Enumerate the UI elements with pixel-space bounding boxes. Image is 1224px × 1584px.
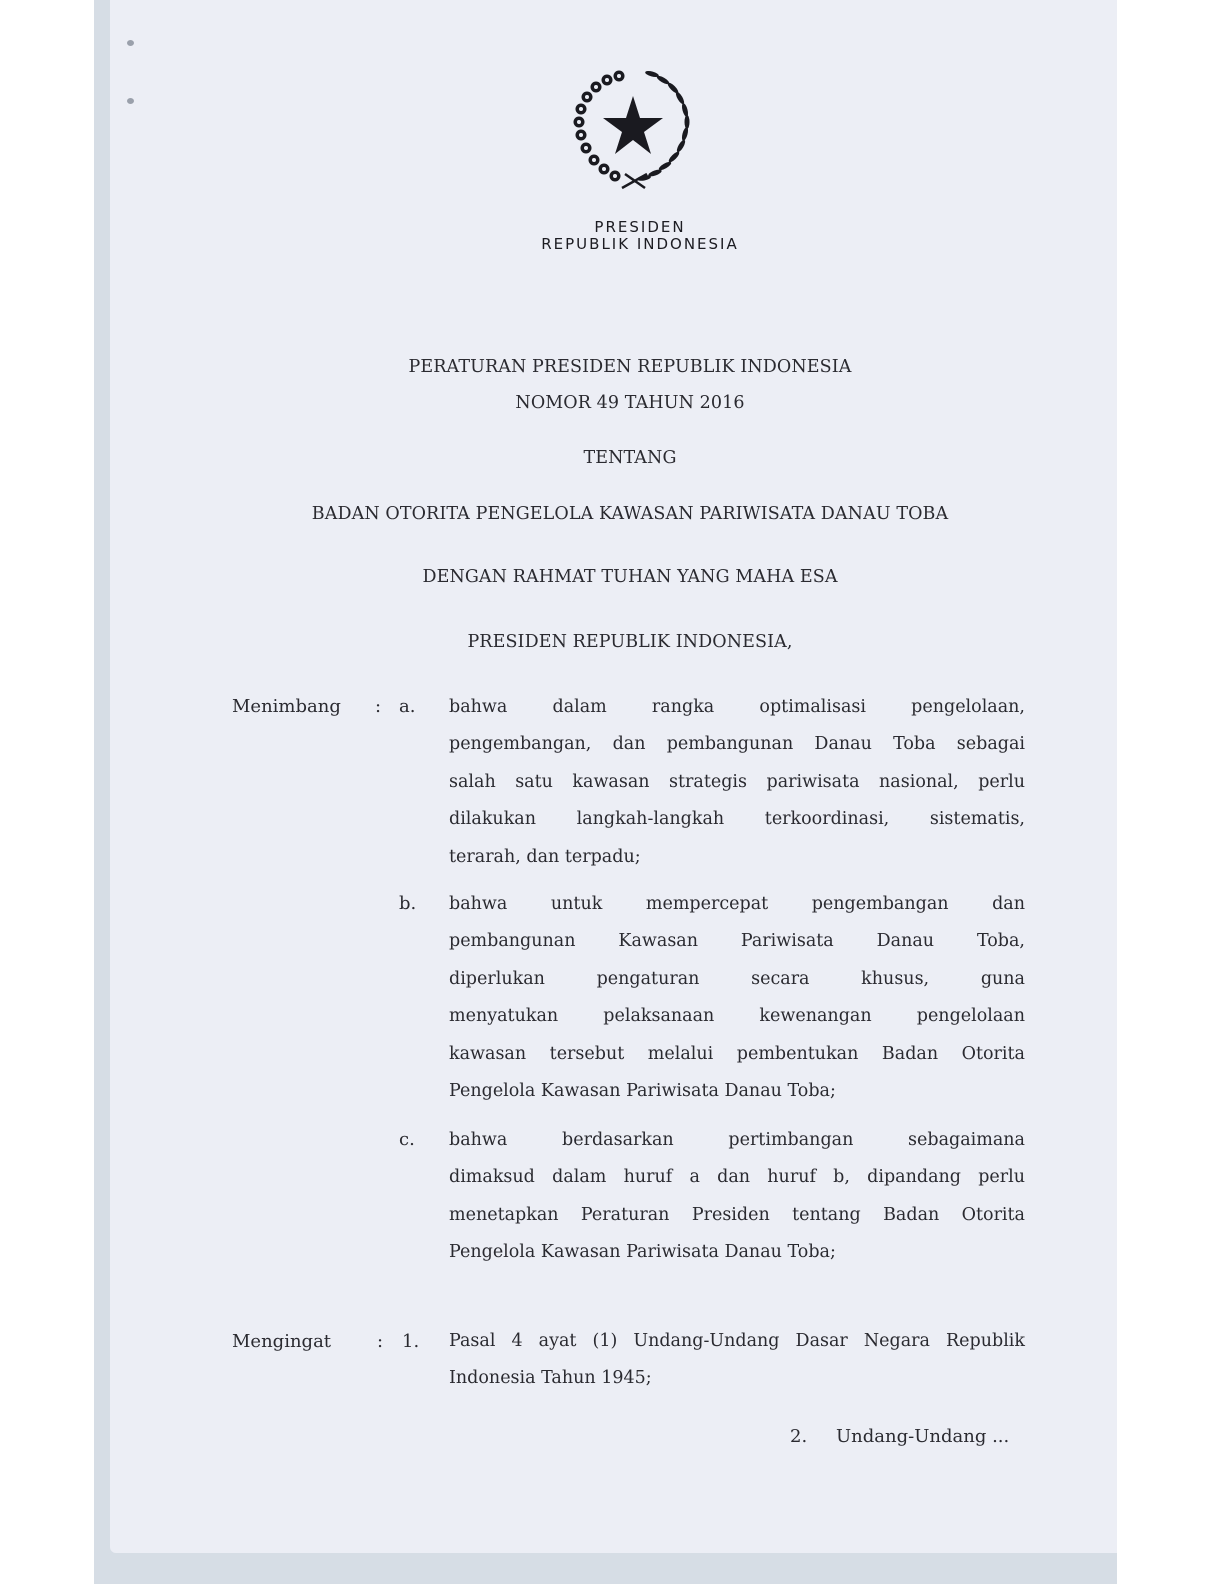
text-line: Pasal 4 ayat (1) Undang-Undang Dasar Neg…: [449, 1323, 1025, 1360]
menimbang-colon: :: [375, 696, 381, 717]
invocation: DENGAN RAHMAT TUHAN YANG MAHA ESA: [110, 567, 1150, 587]
about-heading: TENTANG: [110, 448, 1150, 468]
text-line: salah satu kawasan strategis pariwisata …: [449, 764, 1025, 801]
text-line: menyatukan pelaksanaan kewenangan pengel…: [449, 998, 1025, 1035]
text-line: terarah, dan terpadu;: [449, 839, 1025, 876]
staple-mark: [127, 40, 134, 46]
regulation-number: NOMOR 49 TAHUN 2016: [110, 393, 1150, 413]
menimbang-item-c: bahwa berdasarkan pertimbangan sebagaima…: [449, 1122, 1025, 1272]
text-line: menetapkan Peraturan Presiden tentang Ba…: [449, 1197, 1025, 1234]
text-line: bahwa dalam rangka optimalisasi pengelol…: [449, 689, 1025, 726]
text-line: dimaksud dalam huruf a dan huruf b, dipa…: [449, 1159, 1025, 1196]
item-marker-a: a.: [399, 696, 415, 717]
staple-mark: [127, 98, 134, 104]
letterhead-line-1: PRESIDEN: [440, 218, 840, 236]
regulation-subject: BADAN OTORITA PENGELOLA KAWASAN PARIWISA…: [110, 504, 1150, 524]
menimbang-label: Menimbang: [232, 696, 341, 717]
text-line: dilakukan langkah-langkah terkoordinasi,…: [449, 801, 1025, 838]
presidential-emblem-icon: [567, 66, 699, 190]
item-marker-c: c.: [399, 1129, 415, 1150]
regulation-title: PERATURAN PRESIDEN REPUBLIK INDONESIA: [110, 357, 1150, 377]
menimbang-item-a: bahwa dalam rangka optimalisasi pengelol…: [449, 689, 1025, 876]
text-line: kawasan tersebut melalui pembentukan Bad…: [449, 1036, 1025, 1073]
mengingat-colon: :: [377, 1331, 383, 1352]
item-marker-1: 1.: [402, 1331, 419, 1352]
continuation-reference: 2.Undang-Undang ...: [790, 1426, 1009, 1447]
text-line: diperlukan pengaturan secara khusus, gun…: [449, 961, 1025, 998]
mengingat-item-1: Pasal 4 ayat (1) Undang-Undang Dasar Neg…: [449, 1323, 1025, 1398]
text-line: Pengelola Kawasan Pariwisata Danau Toba;: [449, 1073, 1025, 1110]
text-line: Indonesia Tahun 1945;: [449, 1360, 1025, 1397]
text-line: bahwa berdasarkan pertimbangan sebagaima…: [449, 1122, 1025, 1159]
text-line: bahwa untuk mempercepat pengembangan dan: [449, 886, 1025, 923]
text-line: pembangunan Kawasan Pariwisata Danau Tob…: [449, 923, 1025, 960]
letterhead-line-2: REPUBLIK INDONESIA: [440, 235, 840, 253]
menimbang-item-b: bahwa untuk mempercepat pengembangan dan…: [449, 886, 1025, 1110]
item-marker-b: b.: [399, 893, 416, 914]
mengingat-label: Mengingat: [232, 1331, 331, 1352]
continuation-number: 2.: [790, 1426, 836, 1447]
continuation-text: Undang-Undang ...: [836, 1426, 1009, 1447]
issuer: PRESIDEN REPUBLIK INDONESIA,: [110, 632, 1150, 652]
text-line: pengembangan, dan pembangunan Danau Toba…: [449, 726, 1025, 763]
text-line: Pengelola Kawasan Pariwisata Danau Toba;: [449, 1234, 1025, 1271]
